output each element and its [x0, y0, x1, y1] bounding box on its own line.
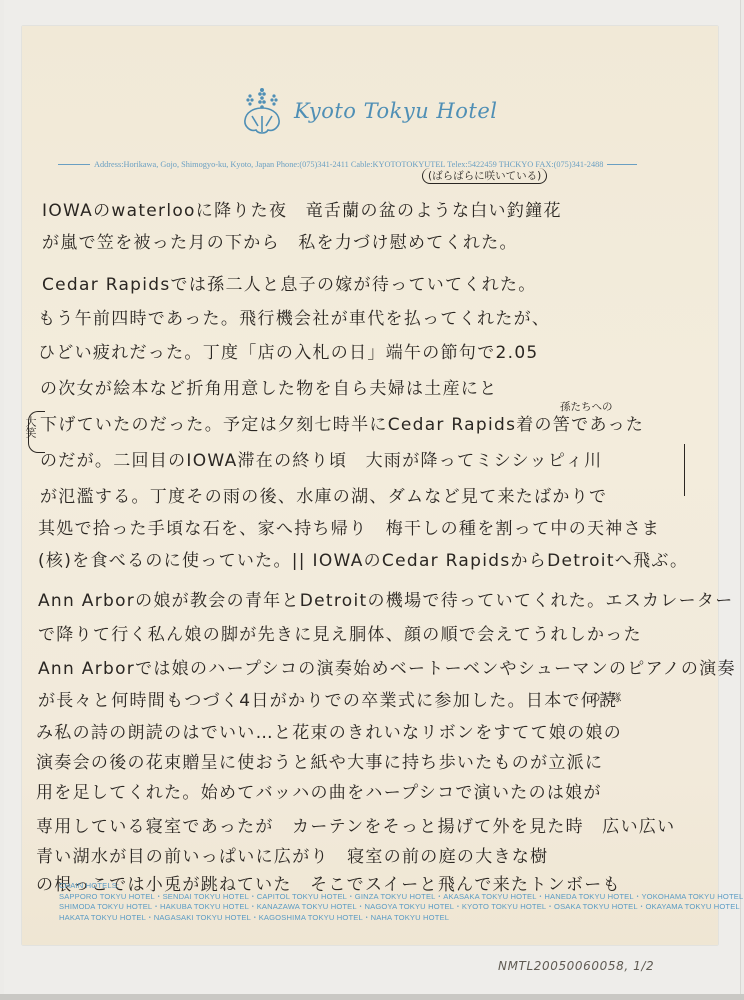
handwritten-line-3: Cedar Rapidsでは孫二人と息子の嫁が待っていてくれた。 [42, 270, 738, 295]
handwritten-line-11: (核)を食べるのに使っていた。|| IOWAのCedar RapidsからDet… [38, 546, 734, 571]
handwritten-line-9: が氾濫する。丁度その雨の後、水庫の湖、ダムなど見て来たばかりで [40, 482, 736, 507]
handwritten-line-6: の次女が絵本など折角用意した物を自ら夫婦は土産にと [40, 374, 736, 399]
handwritten-line-10: 其処で拾った手頃な石を、家へ持ち帰り 梅干しの種を割って中の天神さま [38, 514, 734, 539]
chain-hotels: CHAIN HOTELS: SAPPORO TOKYU HOTEL・SENDAI… [59, 881, 699, 923]
handwritten-line-13: で降りて行く私ん娘の脚が先きに見え胴体、顔の順で会えてうれしかった [38, 620, 734, 645]
handwritten-line-7: 下げていたのだった。予定は夕刻七時半にCedar Rapids着の筈であった [40, 410, 736, 435]
handwritten-line-4: もう午前四時であった。飛行機会社が車代を払ってくれたが、 [38, 304, 734, 329]
handwritten-line-8: のだが。二回目のIOWA滞在の終り頃 大雨が降ってミシシッピィ川 [40, 446, 736, 471]
paulownia-crest-icon [240, 86, 284, 136]
handwritten-line-12: Ann Arborの娘が教会の青年とDetroitの機場で待っていてくれた。エス… [38, 586, 734, 611]
handwritten-line-5: ひどい疲れだった。丁度「店の入札の日」端午の節句で2.05 [38, 338, 734, 363]
handwritten-line-16: み私の詩の朗読のはでいい…と花束のきれいなリボンをすてて娘の娘の [36, 718, 732, 743]
annotation-bubble: (ばらばらに咲いている) [422, 168, 547, 184]
handwritten-line-20: 青い湖水が目の前いっぱいに広がり 寝室の前の庭の大きな樹 [36, 842, 732, 867]
margin-note: 大笑 [23, 416, 37, 438]
handwritten-line-19: 専用している寝室であったが カーテンをそっと揚げて外を見た時 広い広い [36, 812, 732, 837]
chain-hotels-heading: CHAIN HOTELS: [59, 881, 699, 892]
handwritten-line-15: が長々と何時間もつづく4日がかりでの卒業式に参加した。日本で何読 [38, 686, 734, 711]
handwritten-line-2: が嵐で笠を被った月の下から 私を力づけ慰めてくれた。 [42, 228, 738, 253]
scan-bottom-edge [0, 994, 744, 1000]
archive-id: NMTL20050060058, 1/2 [498, 959, 654, 973]
handwritten-line-18: 用を足してくれた。始めてバッハの曲をハープシコで演いたのは娘が [36, 778, 732, 803]
handwritten-line-14: Ann Arborでは娘のハープシコの演奏始めベートーベンやシューマンのピアノの… [38, 654, 734, 679]
handwritten-line-17: 演奏会の後の花束贈呈に使おうと紙や大事に持ち歩いたものが立派に [36, 748, 732, 773]
rule-right [607, 164, 637, 165]
address-line: Address:Horikawa, Gojo, Shimogyo-ku, Kyo… [58, 160, 698, 169]
chain-hotels-line-3: HAKATA TOKYU HOTEL・NAGASAKI TOKYU HOTEL・… [59, 913, 699, 924]
chain-hotels-line-1: SAPPORO TOKYU HOTEL・SENDAI TOKYU HOTEL・C… [59, 892, 699, 903]
letter-page: Kyoto Tokyu Hotel Address:Horikawa, Gojo… [22, 26, 718, 945]
handwritten-line-1: IOWAのwaterlooに降りた夜 竜舌蘭の盆のような白い釣鐘花 [42, 196, 738, 221]
letterhead: Kyoto Tokyu Hotel [240, 86, 497, 136]
hotel-name: Kyoto Tokyu Hotel [294, 99, 497, 123]
rule-left [58, 164, 90, 165]
chain-hotels-line-2: SHIMODA TOKYU HOTEL・HAKUBA TOKYU HOTEL・K… [59, 902, 699, 913]
